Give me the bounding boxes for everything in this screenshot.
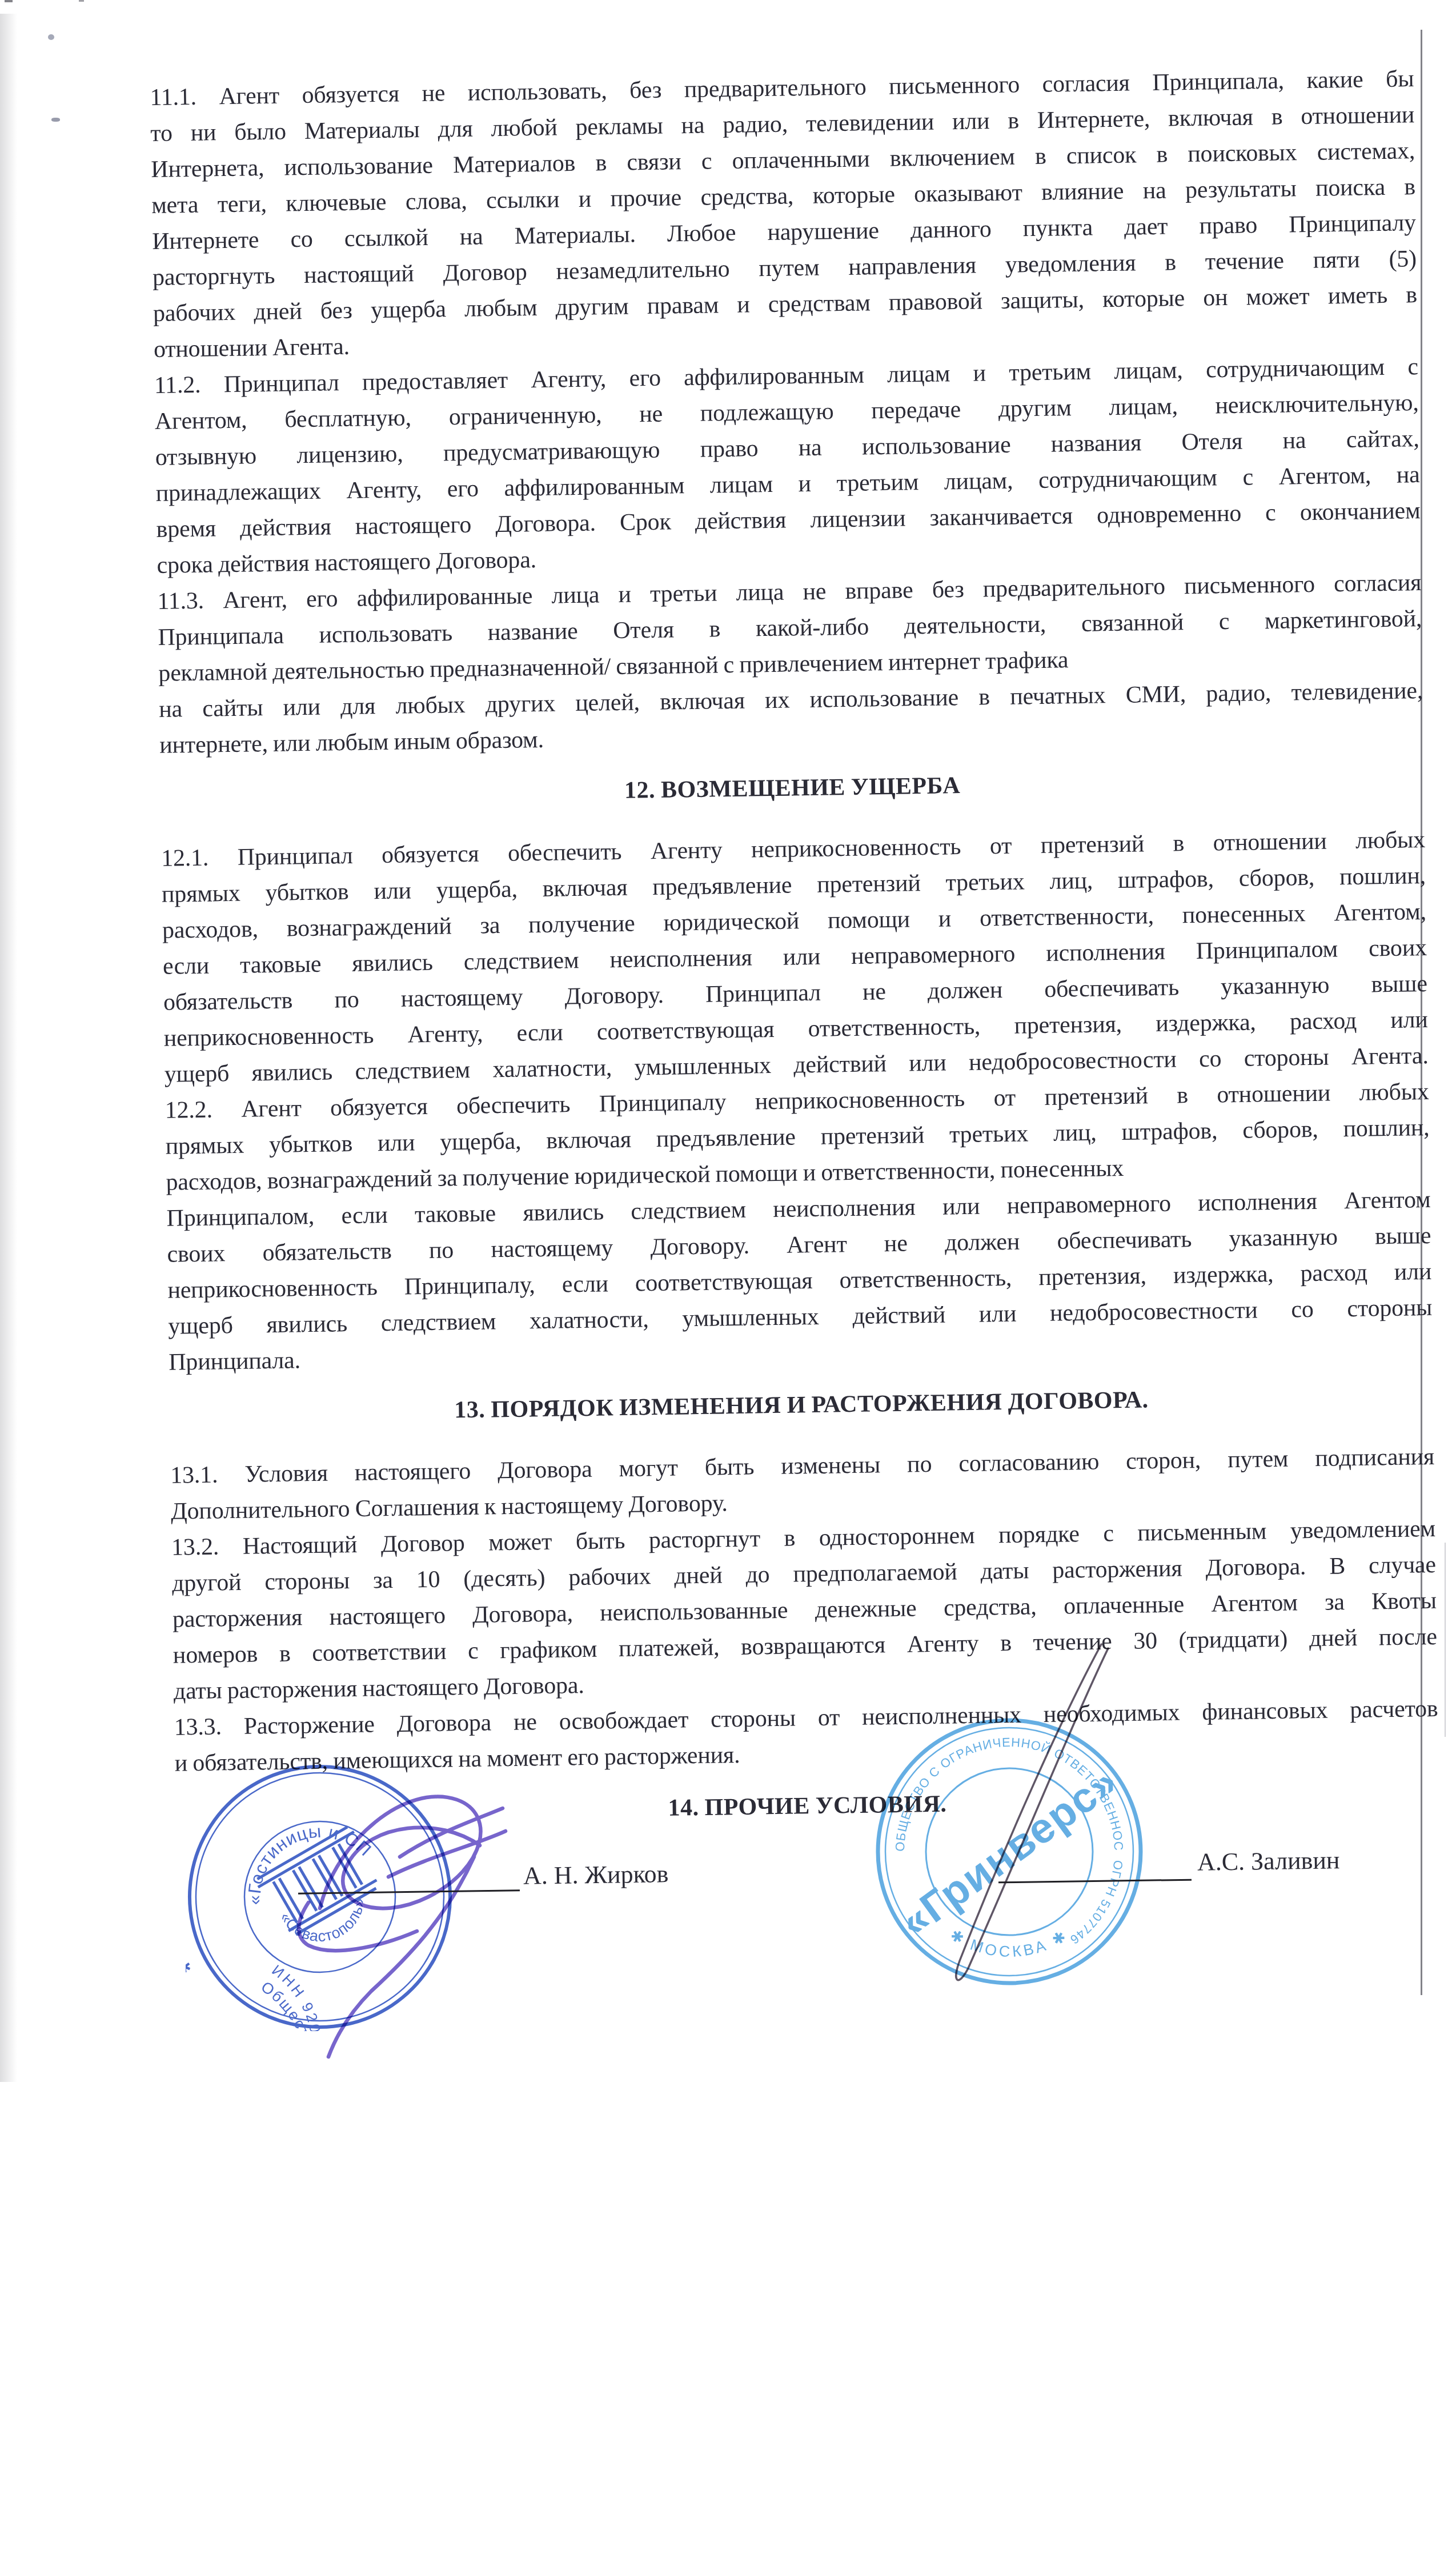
- section-12-heading: 12. ВОЗМЕЩЕНИЕ УЩЕРБА: [160, 761, 1425, 816]
- scanned-contract-page: { "page": { "kind": "scanned agency cont…: [0, 0, 1456, 2571]
- section-13-heading: 13. ПОРЯДОК ИЗМЕНЕНИЯ И РАСТОРЖЕНИЯ ДОГО…: [169, 1378, 1434, 1433]
- scanner-edge-shadow: [0, 14, 17, 2082]
- signatory-name-right: А.С. Заливин: [1197, 1845, 1340, 1876]
- signature-ink-right: [931, 1634, 1125, 2011]
- signatory-name-left: А. Н. Жирков: [523, 1859, 669, 1891]
- contract-text-block: 11.1. Агент обязуется не использовать, б…: [150, 61, 1440, 1859]
- signature-ink-left: [246, 1760, 565, 2080]
- scan-speck: [51, 118, 60, 122]
- scan-speck: [5, 0, 13, 2]
- scan-artifact-faint-line: [1445, 1543, 1446, 1737]
- scan-speck: [79, 0, 84, 2]
- scan-speck: [48, 34, 54, 40]
